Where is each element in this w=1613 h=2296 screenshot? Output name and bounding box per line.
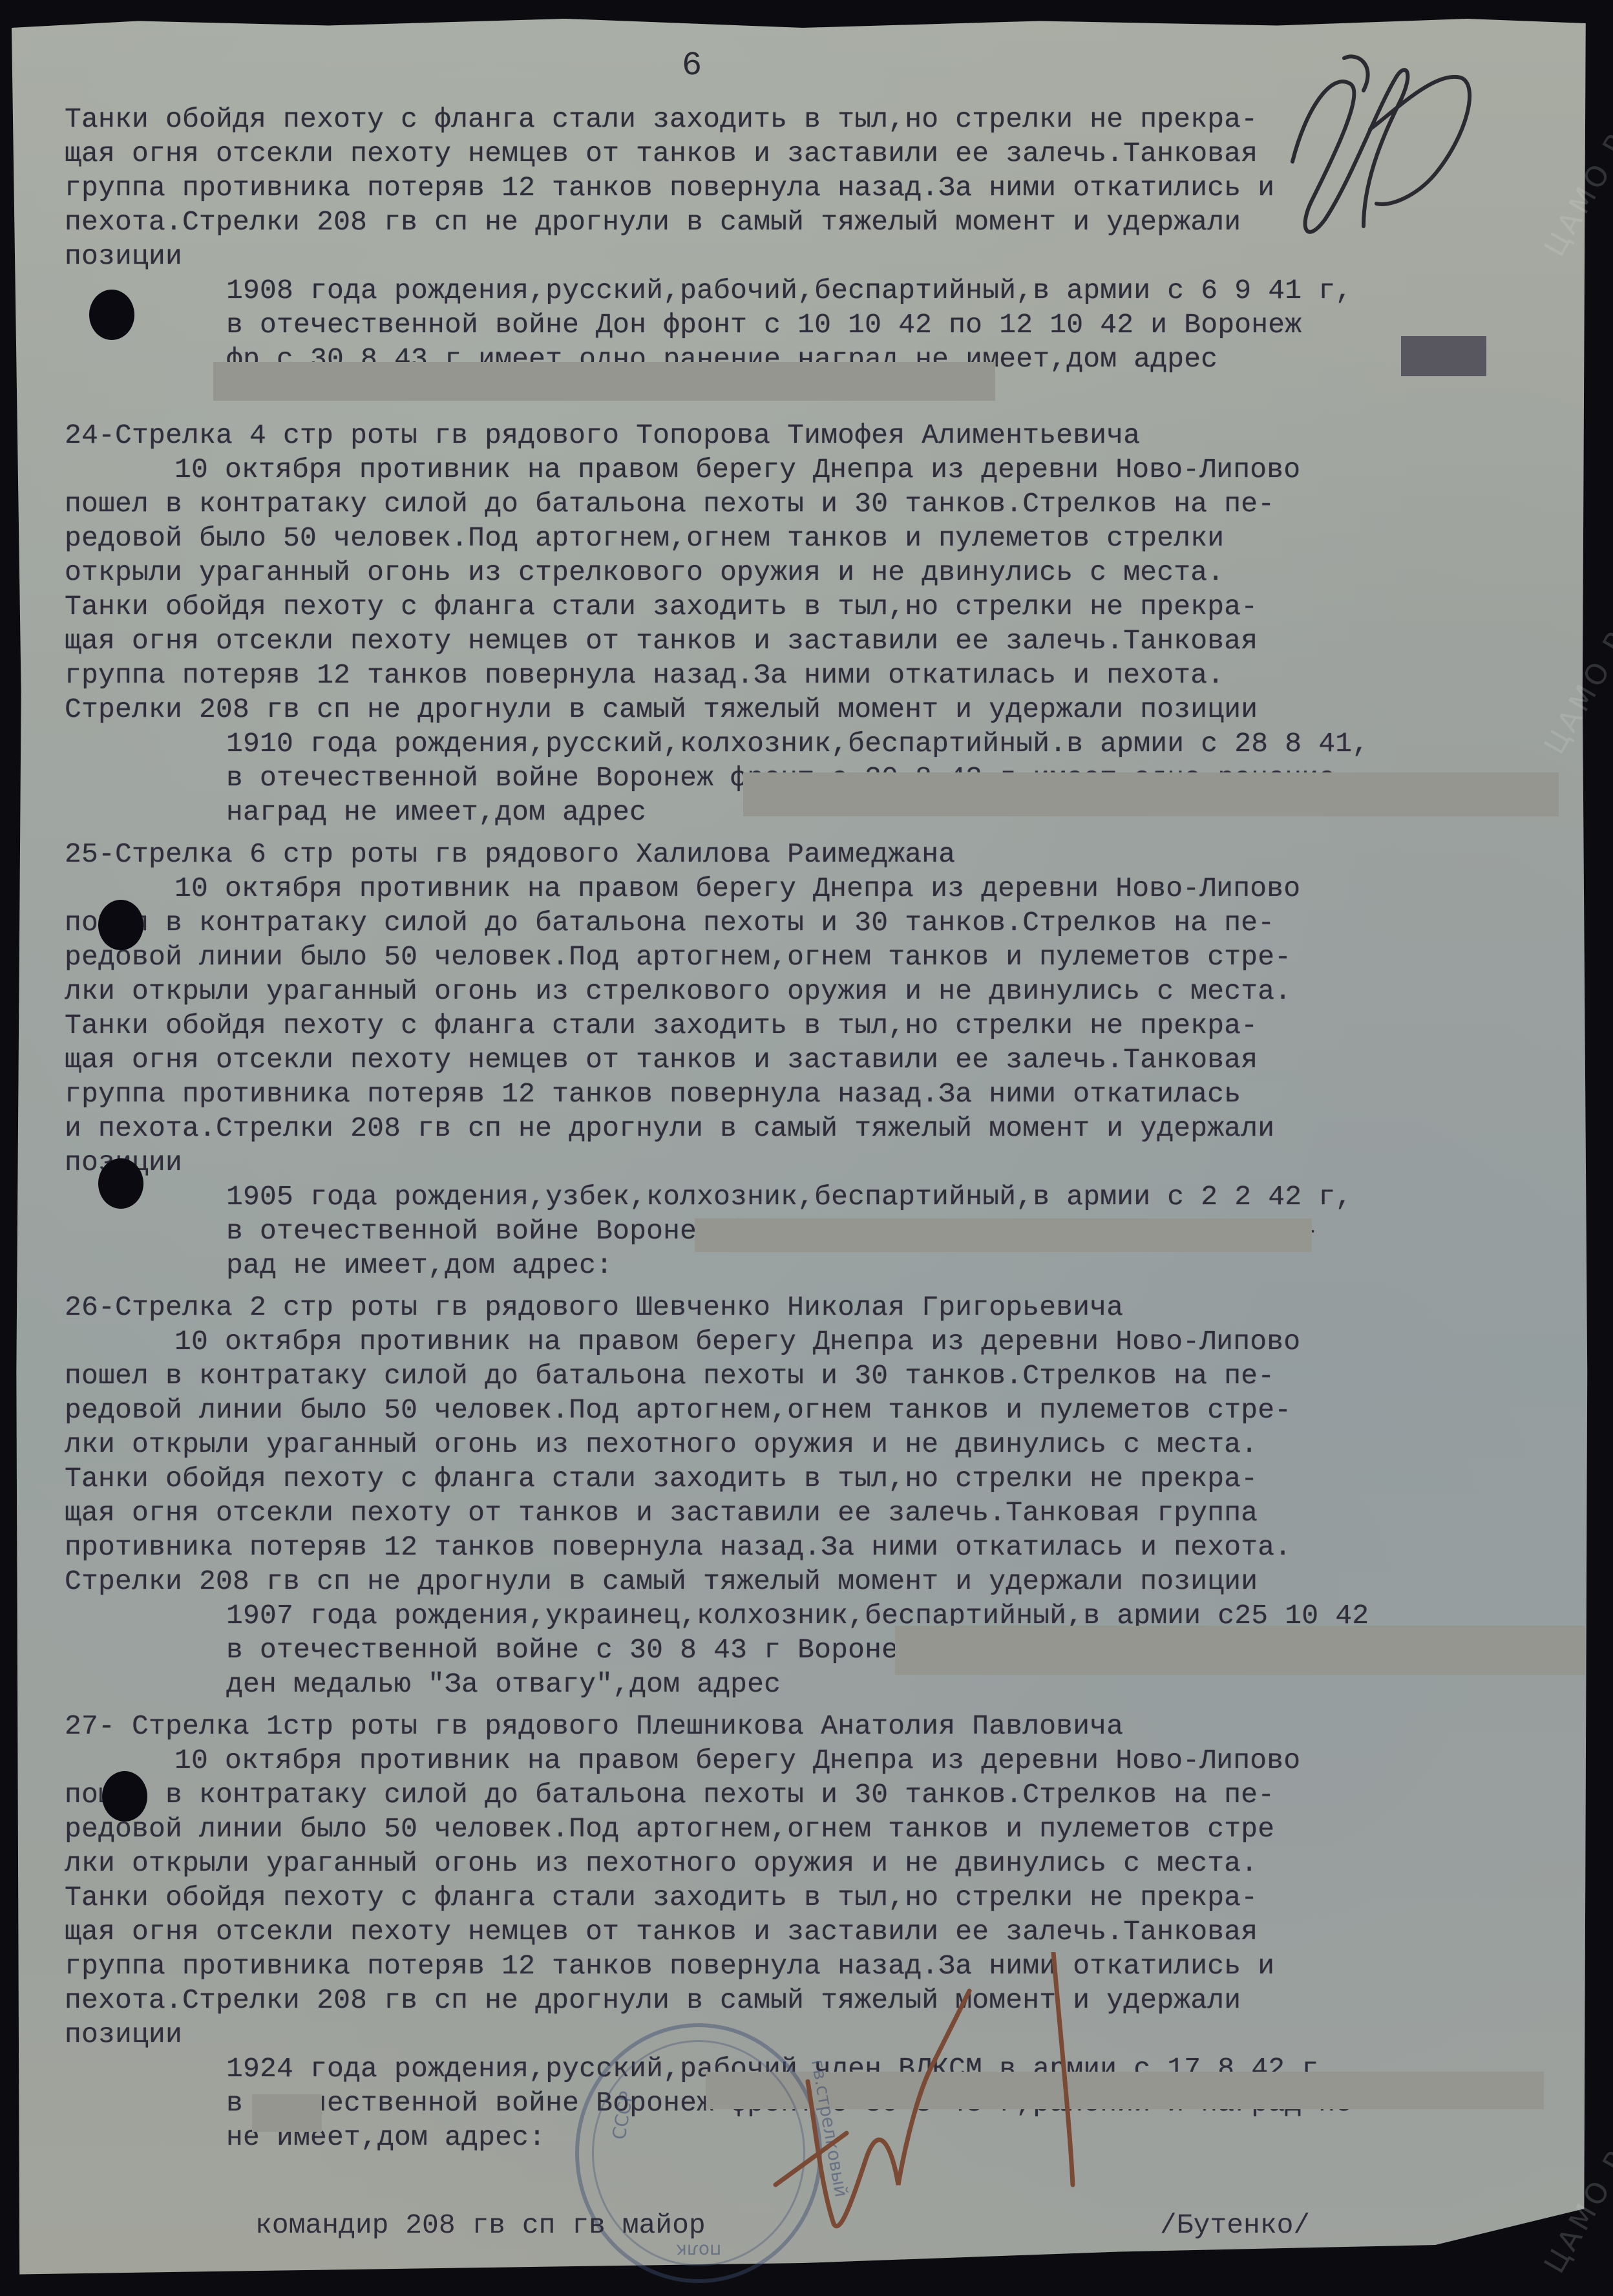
document-body: Танки обойдя пехоту с фланга стали заход… (65, 102, 1551, 2154)
redaction-box (252, 2094, 322, 2132)
stamp-text: полк (676, 2240, 721, 2262)
text-line: Стрелки 208 гв сп не дрогнули в самый тя… (65, 1564, 1551, 1599)
text-line: группа потеряв 12 танков повернула назад… (65, 658, 1551, 692)
text-line: 10 октября противник на правом берегу Дн… (65, 1743, 1551, 1778)
stamp-text: СССР (608, 2089, 638, 2141)
text-line: лки открыли ураганный огонь из пехотного… (65, 1846, 1551, 1880)
entry-header: 24-Стрелка 4 стр роты гв рядового Топоро… (65, 418, 1551, 452)
punch-hole (89, 290, 134, 340)
text-line: лки открыли ураганный огонь из стрелково… (65, 974, 1551, 1008)
text-line: Танки обойдя пехоту с фланга стали заход… (65, 1462, 1551, 1496)
text-line: редовой линии было 50 человек.Под артогн… (65, 1812, 1551, 1846)
punch-hole (98, 900, 143, 950)
text-line: пошел в контратаку силой до батальона пе… (65, 487, 1551, 521)
text-line: Стрелки 208 гв сп не дрогнули в самый тя… (65, 692, 1551, 727)
text-line: щая огня отсекли пехоту немцев от танков… (65, 1915, 1551, 1949)
bio-line: рад не имеет,дом адрес: (65, 1248, 1551, 1282)
text-line: Танки обойдя пехоту с фланга стали заход… (65, 1008, 1551, 1043)
redaction-box (895, 1626, 1585, 1675)
text-line: Танки обойдя пехоту с фланга стали заход… (65, 590, 1551, 624)
text-line: группа противника потеряв 12 танков пове… (65, 171, 1551, 205)
commander-title: командир 208 гв сп гв майор (255, 2209, 706, 2241)
text-line: Танки обойдя пехоту с фланга стали заход… (65, 1880, 1551, 1915)
text-line: пошел в контратаку силой до батальона пе… (65, 906, 1551, 940)
punch-hole (102, 1771, 147, 1822)
text-line: 10 октября противник на правом берегу Дн… (65, 1324, 1551, 1359)
redaction-box (213, 362, 995, 401)
text-line: щая огня отсекли пехоту немцев от танков… (65, 1043, 1551, 1077)
award-entry-25: 25-Стрелка 6 стр роты гв рядового Халило… (65, 837, 1551, 1282)
text-line: щая огня отсекли пехоту немцев от танков… (65, 624, 1551, 658)
text-line: редовой линии было 50 человек.Под артогн… (65, 940, 1551, 974)
text-line: 10 октября противник на правом берегу Дн… (65, 452, 1551, 487)
text-line: противника потеряв 12 танков повернула н… (65, 1530, 1551, 1564)
text-line: редовой линии было 50 человек.Под артогн… (65, 1393, 1551, 1427)
text-line: редовой было 50 человек.Под артогнем,огн… (65, 521, 1551, 555)
page-number: 6 (682, 47, 702, 85)
text-line: позиции (65, 1145, 1551, 1180)
text-line: группа противника потеряв 12 танков пове… (65, 1077, 1551, 1111)
bio-line: 1908 года рождения,русский,рабочий,беспа… (65, 273, 1551, 308)
entry-header: 25-Стрелка 6 стр роты гв рядового Халило… (65, 837, 1551, 871)
bio-line: в отечественной войне Дон фронт с 10 10 … (65, 308, 1551, 342)
text-line: лки открыли ураганный огонь из пехотного… (65, 1427, 1551, 1462)
redaction-box (1401, 336, 1486, 376)
commander-name: /Бутенко/ (1160, 2209, 1310, 2241)
text-line: пошел в контратаку силой до батальона пе… (65, 1359, 1551, 1393)
entry-header: 27- Стрелка 1стр роты гв рядового Плешни… (65, 1709, 1551, 1743)
text-line: открыли ураганный огонь из стрелкового о… (65, 555, 1551, 590)
text-line: щая огня отсекли пехоту немцев от танков… (65, 136, 1551, 171)
punch-hole (98, 1158, 143, 1209)
bio-line: 1910 года рождения,русский,колхозник,бес… (65, 727, 1551, 761)
text-line: и пехота.Стрелки 208 гв сп не дрогнули в… (65, 1111, 1551, 1145)
award-entry-24: 24-Стрелка 4 стр роты гв рядового Топоро… (65, 418, 1551, 829)
text-line: 10 октября противник на правом берегу Дн… (65, 871, 1551, 906)
entry-header: 26-Стрелка 2 стр роты гв рядового Шевчен… (65, 1290, 1551, 1324)
bio-line: 1905 года рождения,узбек,колхозник,беспа… (65, 1180, 1551, 1214)
text-line: пошел в контратаку силой до батальона пе… (65, 1778, 1551, 1812)
signature-bottom (750, 1952, 1112, 2249)
redaction-box (695, 1218, 1312, 1252)
text-line: пехота.Стрелки 208 гв сп не дрогнули в с… (65, 205, 1551, 239)
text-line: Танки обойдя пехоту с фланга стали заход… (65, 102, 1551, 136)
redaction-box (743, 772, 1559, 816)
text-line: щая огня отсекли пехоту от танков и заст… (65, 1496, 1551, 1530)
text-line: позиции (65, 239, 1551, 273)
